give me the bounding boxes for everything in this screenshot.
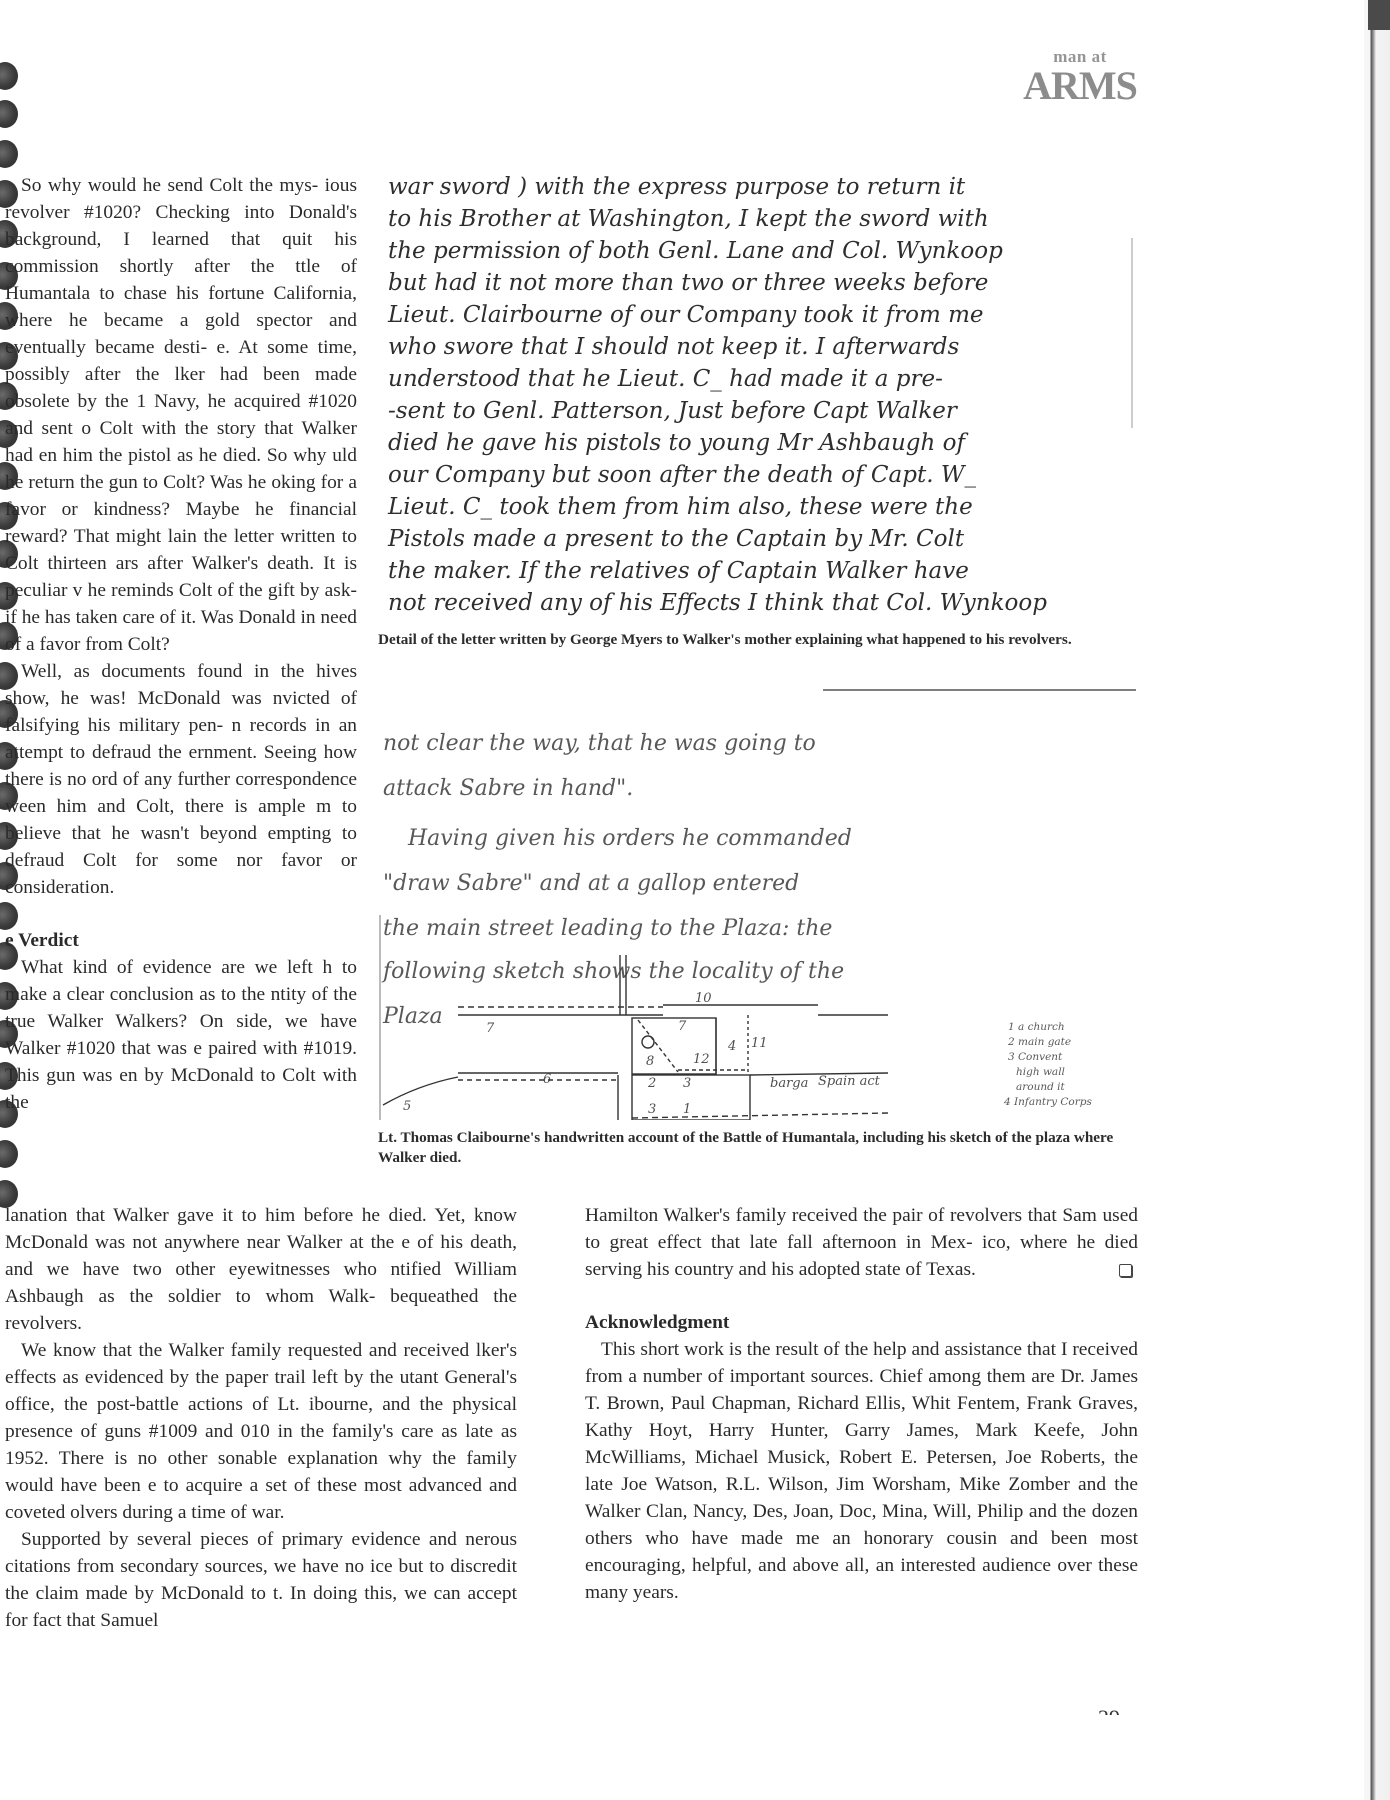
handwriting-line: our Company but soon after the death of … [388, 462, 976, 488]
svg-text:high wall: high wall [1016, 1066, 1065, 1078]
svg-text:4 Infantry Corps: 4 Infantry Corps [1003, 1096, 1092, 1108]
binding-hole-icon [0, 140, 18, 168]
page-corner-shadow [1368, 0, 1390, 30]
body-paragraph: We know that the Walker family requested… [5, 1337, 517, 1526]
handwriting-line: not clear the way, that he was going to [383, 731, 816, 756]
figure-caption: Detail of the letter written by George M… [378, 630, 1138, 650]
handwriting-line: Pistols made a present to the Captain by… [387, 526, 965, 552]
section-heading: e Verdict [5, 927, 357, 954]
body-paragraph: So why would he send Colt the mys- ious … [5, 172, 357, 658]
handwriting-line: "draw Sabre" and at a gallop entered [383, 871, 799, 896]
body-paragraph: Supported by several pieces of primary e… [5, 1526, 517, 1634]
svg-text:12: 12 [693, 1052, 710, 1067]
handwriting-line: Lieut. Clairbourne of our Company took i… [387, 302, 983, 328]
handwriting-line: -sent to Genl. Patterson, Just before Ca… [388, 398, 959, 424]
svg-text:11: 11 [751, 1036, 768, 1051]
masthead-logo: man at ARMS [1005, 48, 1155, 106]
handwriting-line: war sword ) with the express purpose to … [388, 174, 966, 200]
svg-text:2: 2 [647, 1076, 656, 1091]
sketch-legend: 1 a church 2 main gate 3 Convent high wa… [1003, 1021, 1092, 1108]
handwriting-line: but had it not more than two or three we… [388, 270, 988, 296]
handwriting-line: not received any of his Effects I think … [388, 590, 1047, 616]
handwriting-line: Having given his orders he commanded [407, 826, 852, 851]
svg-text:barga: barga [770, 1076, 808, 1091]
body-paragraph: lanation that Walker gave it to him befo… [5, 1202, 517, 1337]
handwriting-line: the maker. If the relatives of Captain W… [388, 558, 969, 584]
figure-claibourne-sketch-image: not clear the way, that he was going to … [378, 685, 1138, 1120]
svg-text:3: 3 [648, 1102, 656, 1117]
handwriting-line: understood that he Lieut. C_ had made it… [388, 366, 943, 392]
binding-hole-icon [0, 1140, 18, 1168]
svg-text:3 Convent: 3 Convent [1008, 1051, 1063, 1063]
binding-hole-icon [0, 62, 18, 90]
svg-text:3: 3 [683, 1076, 691, 1091]
svg-text:7: 7 [486, 1021, 495, 1036]
right-column: Hamilton Walker's family received the pa… [585, 1202, 1138, 1606]
figure-caption: Lt. Thomas Claibourne's handwritten acco… [378, 1128, 1138, 1168]
body-paragraph: Hamilton Walker's family received the pa… [585, 1202, 1138, 1283]
spacer [585, 1283, 1138, 1309]
handwriting-line: Lieut. C_ took them from him also, these… [387, 494, 973, 520]
handwriting-line: to his Brother at Washington, I kept the… [388, 206, 989, 232]
svg-text:10: 10 [695, 991, 712, 1006]
body-paragraph: What kind of evidence are we left h to m… [5, 954, 357, 1116]
binding-hole-icon [0, 100, 18, 128]
svg-text:4: 4 [727, 1039, 736, 1054]
svg-text:Spain act: Spain act [818, 1074, 881, 1089]
left-column-continued: lanation that Walker gave it to him befo… [5, 1202, 517, 1634]
svg-text:6: 6 [543, 1072, 551, 1087]
handwriting-line: the permission of both Genl. Lane and Co… [388, 238, 1003, 264]
handwriting-line: attack Sabre in hand". [383, 776, 633, 801]
handwriting-line: who swore that I should not keep it. I a… [388, 334, 960, 360]
body-paragraph: This short work is the result of the hel… [585, 1336, 1138, 1606]
svg-text:around it: around it [1016, 1081, 1066, 1093]
figure-myers-letter-image: war sword ) with the express purpose to … [378, 168, 1138, 620]
svg-text:5: 5 [403, 1099, 411, 1114]
svg-text:8: 8 [646, 1054, 654, 1069]
page-number: 29 [1098, 1705, 1120, 1715]
handwriting-line: Plaza [382, 1004, 443, 1029]
handwriting-line: died he gave his pistols to young Mr Ash… [388, 430, 968, 456]
masthead-line2: ARMS [1005, 66, 1155, 106]
svg-text:7: 7 [678, 1019, 687, 1034]
spacer [5, 901, 357, 927]
section-heading: Acknowledgment [585, 1309, 1138, 1336]
body-paragraph: Well, as documents found in the hives sh… [5, 658, 357, 901]
svg-text:2 main gate: 2 main gate [1007, 1036, 1071, 1048]
page-edge-shadow [1364, 0, 1390, 1800]
svg-text:1: 1 [683, 1102, 691, 1117]
end-of-article-icon [1119, 1264, 1132, 1277]
handwriting-line: following sketch shows the locality of t… [381, 959, 844, 984]
svg-text:1 a church: 1 a church [1008, 1021, 1065, 1033]
handwriting-line: the main street leading to the Plaza: th… [383, 916, 832, 941]
left-column: So why would he send Colt the mys- ious … [5, 172, 357, 1116]
